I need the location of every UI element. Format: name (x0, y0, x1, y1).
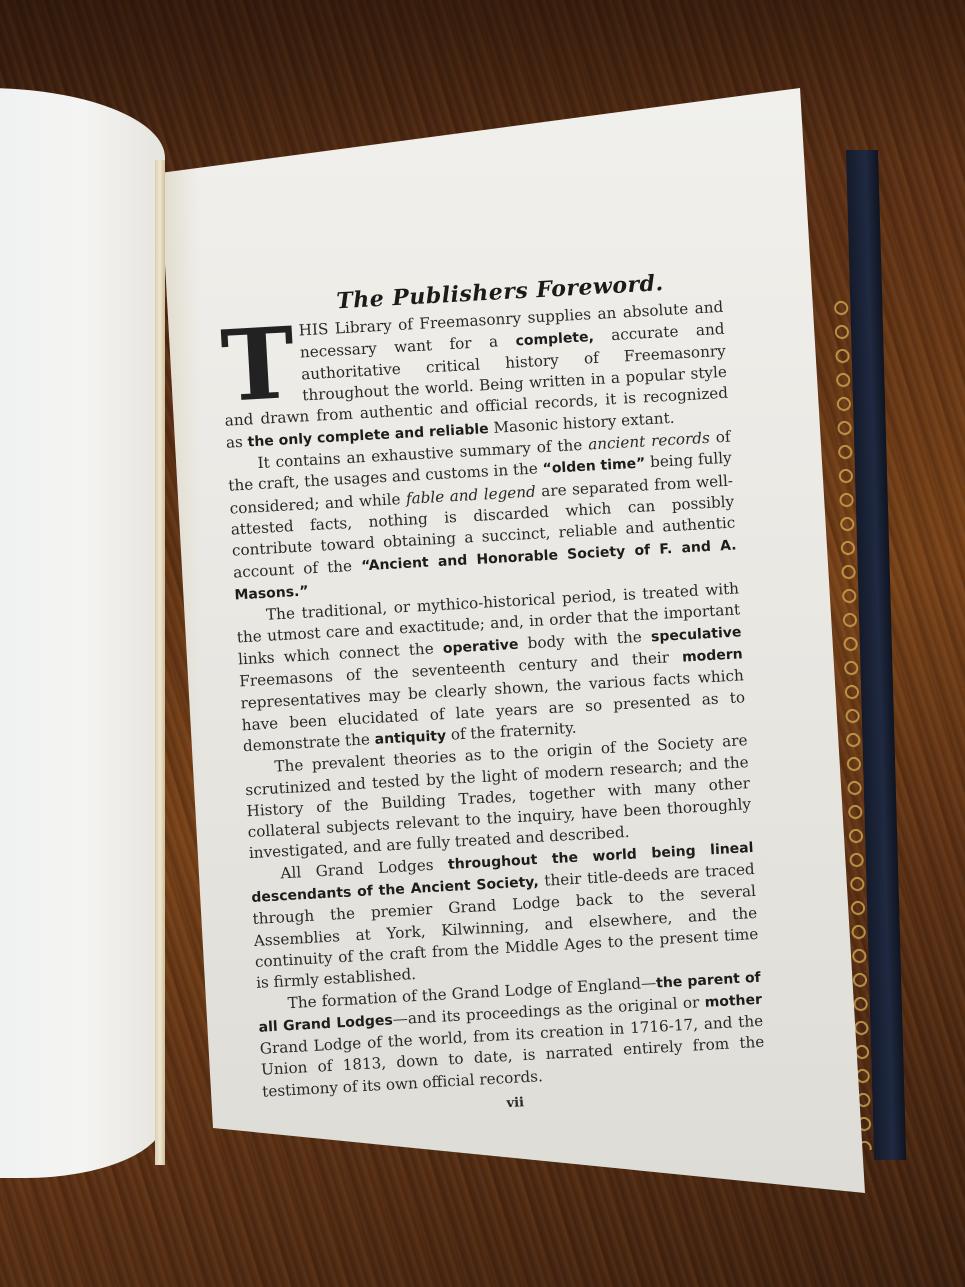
text-run: complete, (515, 329, 594, 349)
book-gutter (155, 160, 165, 1165)
left-page-blank (0, 88, 165, 1178)
paragraph: The traditional, or mythico-historical p… (235, 579, 747, 759)
text-run: modern (682, 646, 743, 665)
text-run: body with the (518, 627, 652, 652)
text-run: antiquity (374, 728, 446, 748)
text-run: speculative (651, 624, 742, 645)
text-run: “olden time” (542, 456, 646, 478)
page-text-block: The Publishers Foreword. THIS Library of… (218, 272, 768, 1128)
text-run: mother (704, 992, 762, 1011)
paragraph: It contains an exhaustive summary of the… (227, 427, 739, 607)
text-run: operative (442, 637, 518, 657)
foreword-body: THIS Library of Freemasonry supplies an … (219, 297, 766, 1103)
drop-cap: T (220, 325, 297, 407)
